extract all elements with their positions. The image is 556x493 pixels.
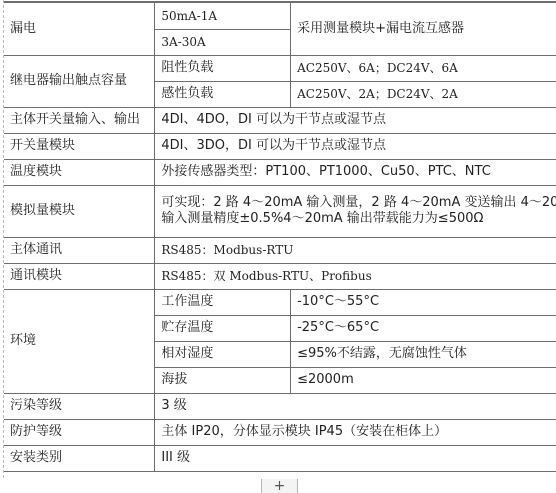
row-label-leakage: 漏电	[4, 2, 155, 55]
analog-module-value: 可实现：2 路 4～20mA 输入测量，2 路 4～20mA 变送输出 4～20…	[155, 185, 556, 237]
row-label-comm-module: 通讯模块	[4, 263, 155, 289]
temp-module-value: 外接传感器类型：PT100、PT1000、Cu50、PTC、NTC	[155, 159, 556, 185]
table-row: 安装类别 III 级	[4, 445, 556, 471]
env-value-humidity: ≤95%不结露，无腐蚀性气体	[291, 341, 556, 367]
table-row: 通讯模块 RS485：双 Modbus-RTU、Profibus	[4, 263, 556, 289]
relay-value-inductive: AC250V、2A；DC24V、2A	[291, 81, 556, 107]
leakage-range-2: 3A-30A	[155, 29, 291, 55]
row-label-install: 安装类别	[4, 445, 155, 471]
table-row: 污染等级 3 级	[4, 393, 556, 419]
row-label-temp-module: 温度模块	[4, 159, 155, 185]
add-row-button[interactable]: +	[261, 479, 298, 493]
table-row: 温度模块 外接传感器类型：PT100、PT1000、Cu50、PTC、NTC	[4, 159, 556, 185]
table-row: 主体开关量输入、输出 4DI、4DO，DI 可以为干节点或湿节点	[4, 107, 556, 133]
env-sub-storage-temp: 贮存温度	[155, 315, 291, 341]
analog-line-1: 可实现：2 路 4～20mA 输入测量，2 路 4～20mA 变送输出 4～20…	[161, 195, 556, 211]
install-value: III 级	[155, 445, 556, 471]
analog-line-2: 输入测量精度±0.5%4～20mA 输出带载能力为≤500Ω	[161, 211, 556, 227]
table-row: 开关量模块 4DI、3DO，DI 可以为干节点或湿节点	[4, 133, 556, 159]
plus-icon: +	[274, 478, 286, 493]
comm-module-value: RS485：双 Modbus-RTU、Profibus	[155, 263, 556, 289]
main-comm-value: RS485：Modbus-RTU	[155, 237, 556, 263]
leakage-value: 采用测量模块+漏电流互感器	[291, 2, 556, 55]
relay-sub-resistive: 阻性负载	[155, 55, 291, 81]
env-value-altitude: ≤2000m	[291, 367, 556, 393]
env-sub-altitude: 海拔	[155, 367, 291, 393]
main-switch-io-value: 4DI、4DO，DI 可以为干节点或湿节点	[155, 107, 556, 133]
table-row: 防护等级 主体 IP20，分体显示模块 IP45（安装在柜体上）	[4, 419, 556, 445]
row-label-protection: 防护等级	[4, 419, 155, 445]
protection-value: 主体 IP20，分体显示模块 IP45（安装在柜体上）	[155, 419, 556, 445]
table-row: 继电器输出触点容量 阻性负载 AC250V、6A；DC24V、6A	[4, 55, 556, 81]
spec-table: 漏电 50mA-1A 采用测量模块+漏电流互感器 3A-30A 继电器输出触点容…	[4, 1, 556, 472]
row-label-switch-module: 开关量模块	[4, 133, 155, 159]
env-value-storage-temp: -25°C～65°C	[291, 315, 556, 341]
table-row: 模拟量模块 可实现：2 路 4～20mA 输入测量，2 路 4～20mA 变送输…	[4, 185, 556, 237]
row-label-main-comm: 主体通讯	[4, 237, 155, 263]
row-label-relay: 继电器输出触点容量	[4, 55, 155, 107]
env-sub-working-temp: 工作温度	[155, 289, 291, 315]
row-label-main-switch-io: 主体开关量输入、输出	[4, 107, 155, 133]
pollution-value: 3 级	[155, 393, 556, 419]
row-label-analog-module: 模拟量模块	[4, 185, 155, 237]
env-value-working-temp: -10°C～55°C	[291, 289, 556, 315]
row-label-environment: 环境	[4, 289, 155, 393]
relay-sub-inductive: 感性负载	[155, 81, 291, 107]
table-row: 环境 工作温度 -10°C～55°C	[4, 289, 556, 315]
leakage-range-1: 50mA-1A	[155, 2, 291, 29]
table-row: 漏电 50mA-1A 采用测量模块+漏电流互感器	[4, 2, 556, 29]
row-label-pollution: 污染等级	[4, 393, 155, 419]
switch-module-value: 4DI、3DO，DI 可以为干节点或湿节点	[155, 133, 556, 159]
env-sub-humidity: 相对湿度	[155, 341, 291, 367]
relay-value-resistive: AC250V、6A；DC24V、6A	[291, 55, 556, 81]
table-row: 主体通讯 RS485：Modbus-RTU	[4, 237, 556, 263]
